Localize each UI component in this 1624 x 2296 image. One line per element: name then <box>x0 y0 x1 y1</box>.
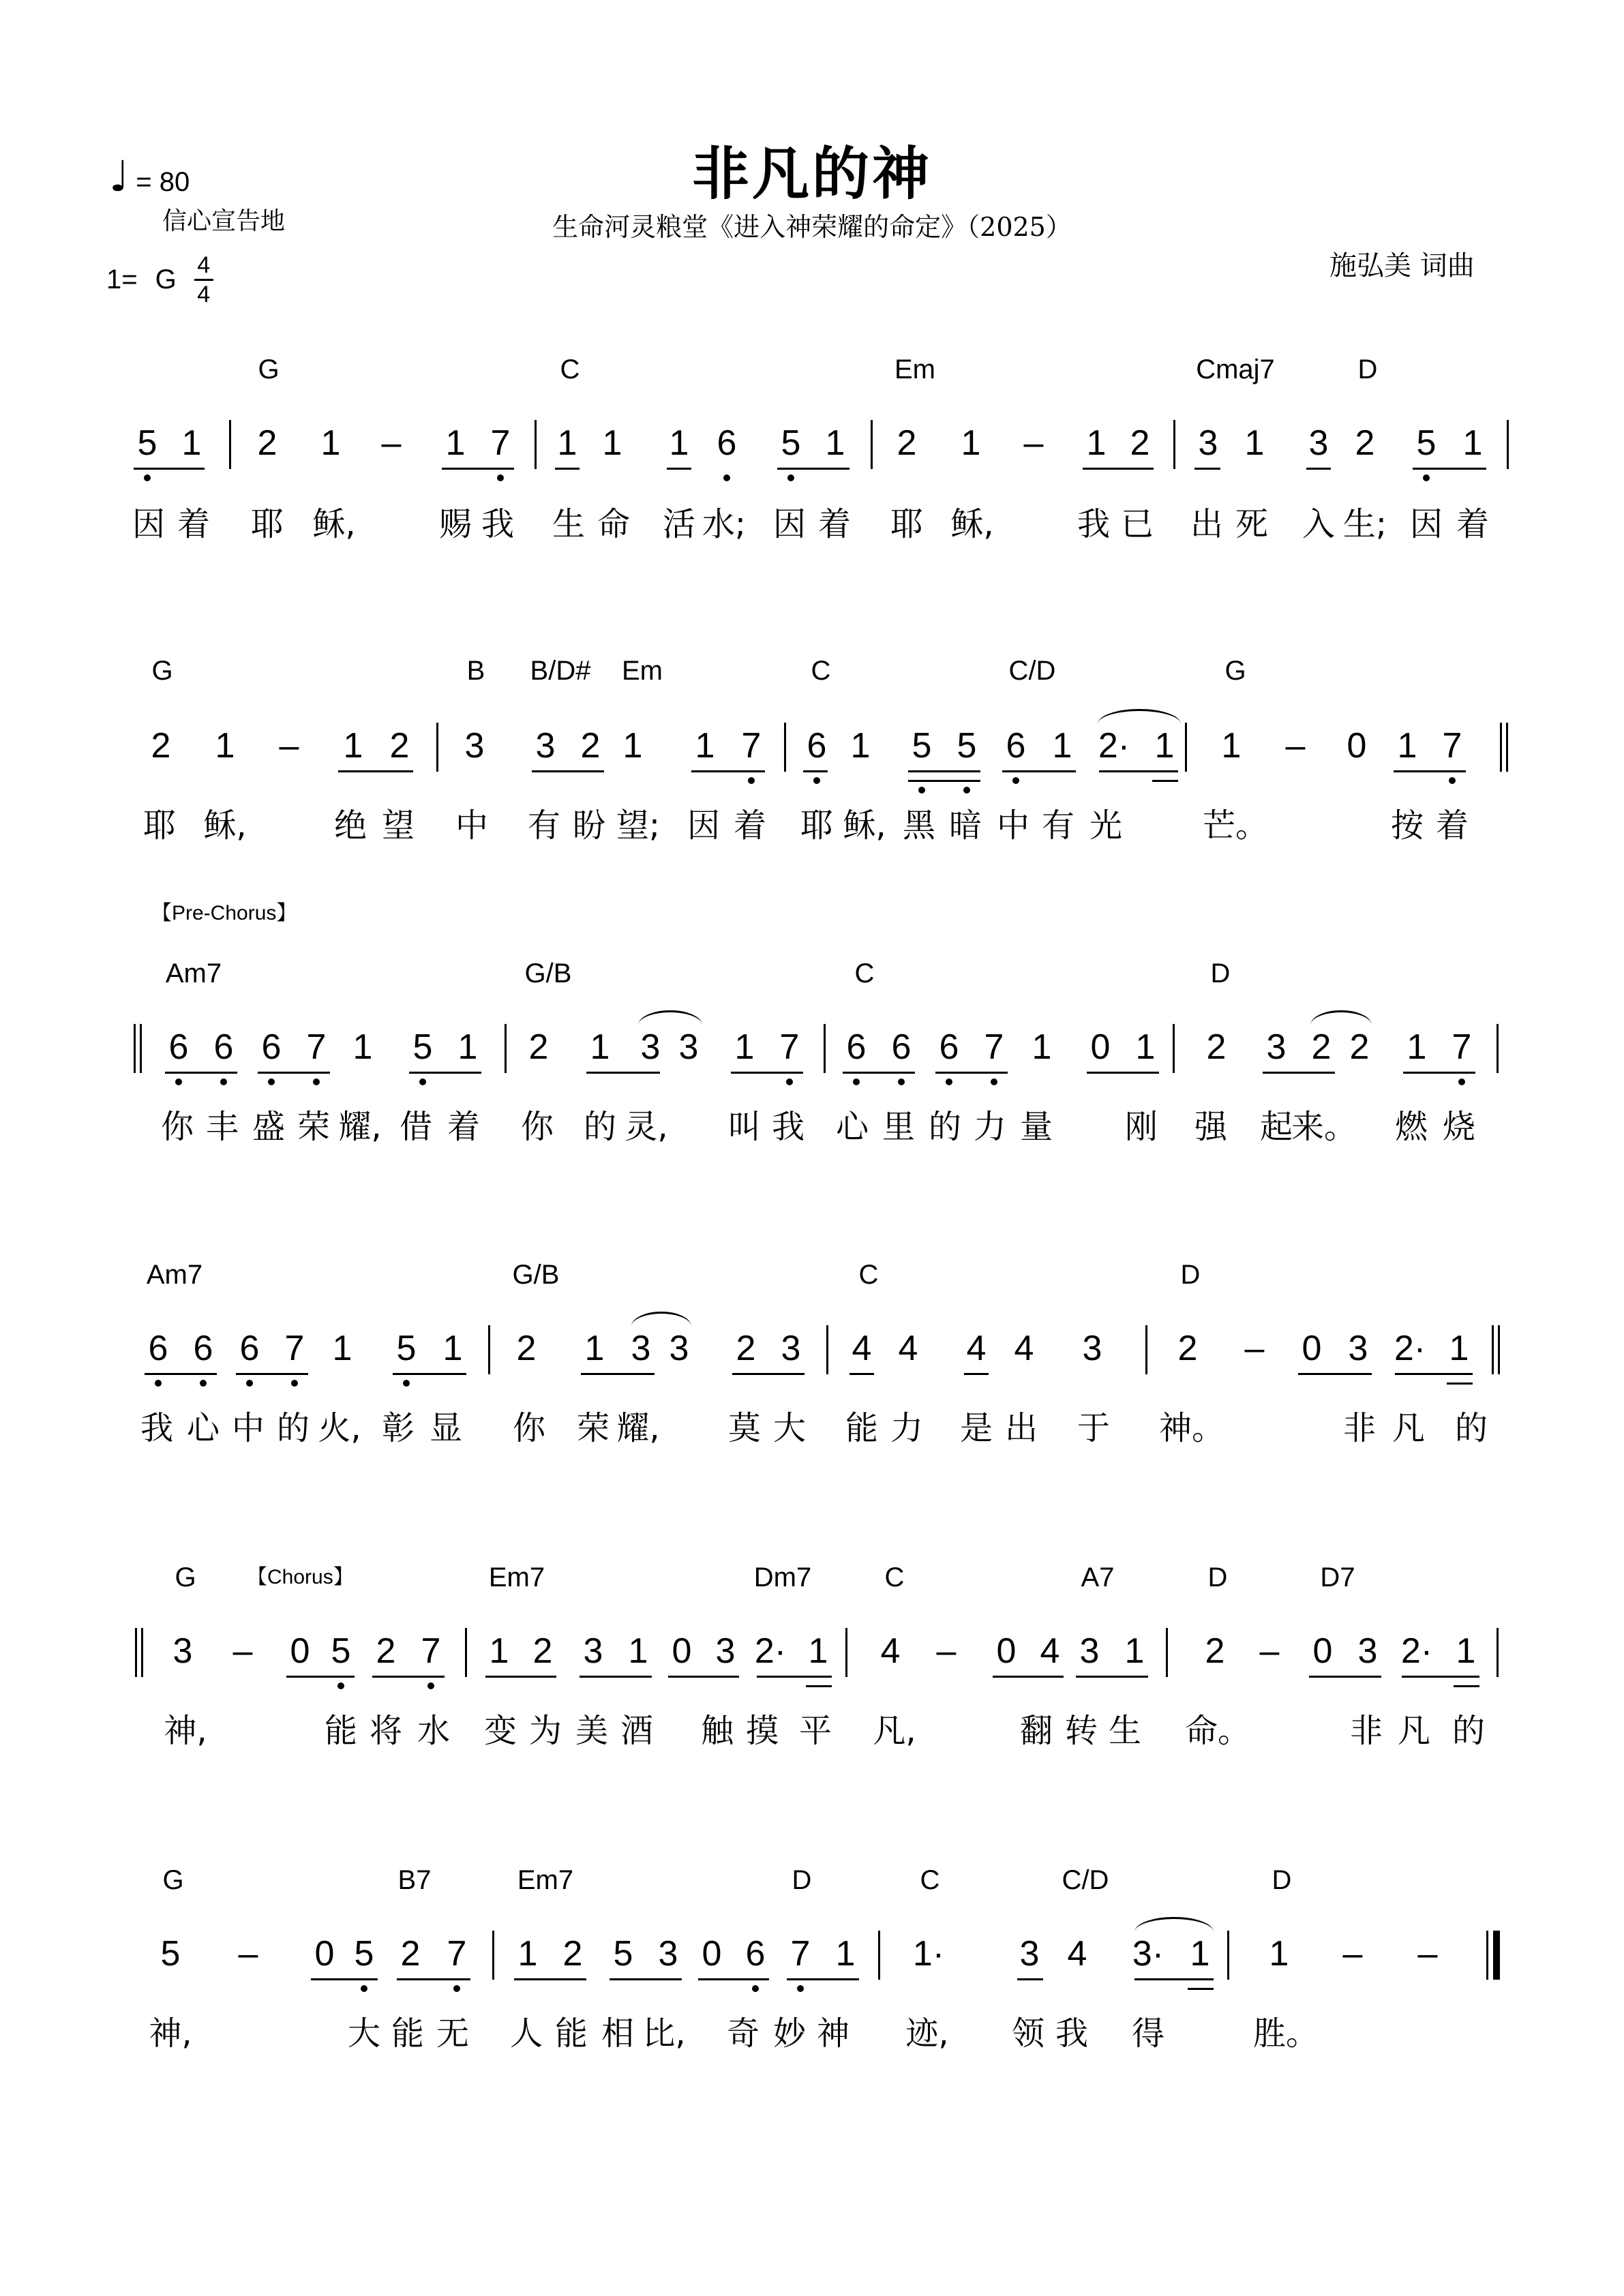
lyric-syllable: 烧 <box>1443 1100 1475 1147</box>
beam-underline <box>610 1978 682 1980</box>
beam-underline <box>1309 1676 1381 1678</box>
lyric-syllable: 神, <box>164 1704 207 1751</box>
octave-dot <box>918 787 925 794</box>
beam-underline <box>732 1373 805 1375</box>
jianpu-note: 1 <box>1087 423 1107 464</box>
tie-arc <box>1098 709 1181 724</box>
jianpu-note: 7 <box>1452 1027 1472 1068</box>
barline <box>436 723 438 772</box>
beam-underline <box>806 1685 832 1687</box>
jianpu-note: 6 <box>717 423 737 464</box>
jianpu-note: 5 <box>912 725 932 766</box>
beam-underline <box>698 1978 769 1980</box>
jianpu-note: 1 <box>1463 423 1483 464</box>
beam-underline <box>993 1676 1064 1678</box>
jianpu-note: 2 <box>1130 423 1150 464</box>
lyric-syllable: 赐 <box>439 498 472 545</box>
lyric-syllable: 水 <box>417 1704 450 1751</box>
beam-underline <box>691 770 765 772</box>
lyric-syllable: 按 <box>1391 799 1424 846</box>
sustain-dash: – <box>1024 423 1044 464</box>
chord-symbol: A7 <box>1081 1562 1115 1593</box>
jianpu-note: 1 <box>1125 1631 1145 1672</box>
lyric-syllable: 中 <box>997 799 1029 846</box>
barline <box>535 420 537 469</box>
lyric-syllable: 叫 <box>728 1100 761 1147</box>
time-sig-bottom: 4 <box>197 283 210 306</box>
lyric-syllable: 凡, <box>873 1704 916 1751</box>
lyric-syllable: 荣 <box>577 1402 610 1449</box>
lyric-syllable: 芒。 <box>1203 799 1268 846</box>
sustain-dash: – <box>1245 1328 1265 1369</box>
jianpu-note: 7 <box>285 1328 305 1369</box>
sustain-dash: – <box>382 423 402 464</box>
beam-underline <box>777 468 849 470</box>
jianpu-note: 1 <box>1032 1027 1052 1068</box>
beam-underline <box>1002 770 1076 772</box>
beam-underline <box>908 770 980 772</box>
jianpu-note: 5 <box>781 423 801 464</box>
chord-symbol: G <box>258 354 279 385</box>
tie-arc <box>1310 1010 1372 1025</box>
jianpu-note: 0 <box>1347 725 1367 766</box>
jianpu-note: 1 <box>961 423 981 464</box>
jianpu-note: 4 <box>899 1328 918 1369</box>
jianpu-note: 3 <box>1309 423 1329 464</box>
jianpu-note: 3 <box>716 1631 736 1672</box>
octave-dot <box>403 1380 410 1387</box>
octave-dot <box>453 1985 460 1992</box>
lyric-syllable: 大 <box>348 2007 380 2054</box>
lyric-syllable: 里 <box>882 1100 915 1147</box>
key-value: G <box>155 265 177 295</box>
lyric-syllable: 人 <box>510 2007 543 2054</box>
jianpu-note: 1 <box>826 423 845 464</box>
key-signature: 1= G 4 4 <box>106 254 213 306</box>
lyric-syllable: 耀, <box>338 1100 381 1147</box>
barline <box>1507 420 1509 469</box>
lyric-syllable: 火, <box>318 1402 361 1449</box>
lyric-syllable: 得 <box>1132 2007 1164 2054</box>
jianpu-note: 3 <box>1349 1328 1368 1369</box>
lyric-syllable: 的 <box>584 1100 616 1147</box>
beam-underline <box>165 1072 237 1074</box>
key-label: 1= <box>106 265 138 295</box>
lyric-syllable: 非 <box>1350 1704 1383 1751</box>
lyric-syllable: 已 <box>1121 498 1154 545</box>
lyric-syllable: 起 <box>1260 1100 1293 1147</box>
octave-dot <box>175 1078 182 1085</box>
octave-dot <box>1012 777 1019 784</box>
jianpu-note: 3 <box>1080 1631 1100 1672</box>
lyric-syllable: 奇 <box>727 2007 760 2054</box>
beam-underline <box>1087 1072 1159 1074</box>
lyric-syllable: 稣, <box>843 799 886 846</box>
jianpu-note: 3 <box>1083 1328 1102 1369</box>
lyric-syllable: 领 <box>1012 2007 1044 2054</box>
beam-underline <box>757 1676 832 1678</box>
jianpu-note: 1 <box>623 725 643 766</box>
barline <box>1227 1931 1229 1980</box>
octave-dot <box>220 1078 227 1085</box>
jianpu-note: 1 <box>182 423 202 464</box>
jianpu-note: 5 <box>355 1933 374 1974</box>
lyric-syllable: 水; <box>702 498 746 545</box>
jianpu-note: 1 <box>590 1027 610 1068</box>
lyric-syllable: 中 <box>232 1402 265 1449</box>
octave-dot <box>1449 777 1456 784</box>
beam-underline <box>1403 1072 1475 1074</box>
chord-symbol: G/B <box>513 1260 560 1290</box>
jianpu-note: 2 <box>517 1328 537 1369</box>
jianpu-note: 1 <box>333 1328 352 1369</box>
jianpu-note: 1 <box>1155 725 1175 766</box>
sustain-dash: – <box>233 1631 253 1672</box>
beam-underline <box>787 1978 859 1980</box>
chord-symbol: G <box>1224 656 1246 686</box>
final-barline <box>1486 1931 1500 1980</box>
lyric-syllable: 相 <box>601 2007 634 2054</box>
lyric-syllable: 是 <box>960 1402 993 1449</box>
lyric-syllable: 望; <box>616 799 660 846</box>
beam-underline <box>236 1373 308 1375</box>
jianpu-note: 5 <box>331 1631 351 1672</box>
lyric-syllable: 耶 <box>251 498 284 545</box>
beam-underline <box>1298 1373 1372 1375</box>
beam-underline <box>145 1373 217 1375</box>
jianpu-note: 7 <box>1443 725 1462 766</box>
barline <box>878 1931 880 1980</box>
lyric-syllable: 生 <box>1109 1704 1141 1751</box>
lyric-syllable: 着 <box>177 498 210 545</box>
double-barline <box>1500 723 1508 772</box>
jianpu-note: 1 <box>809 1631 828 1672</box>
barline <box>1166 1628 1168 1677</box>
lyric-syllable: 将 <box>370 1704 402 1751</box>
jianpu-note: 4 <box>1068 1933 1087 1974</box>
beam-underline <box>1413 468 1486 470</box>
lyric-syllable: 能 <box>555 2007 588 2054</box>
chord-symbol: D <box>1181 1260 1201 1290</box>
octave-dot <box>752 1985 759 1992</box>
lyric-syllable: 稣, <box>950 498 993 545</box>
chord-symbol: C <box>859 1260 879 1290</box>
jianpu-note: 4 <box>1040 1631 1060 1672</box>
jianpu-note: 4 <box>852 1328 872 1369</box>
octave-dot <box>723 474 730 481</box>
barline <box>784 723 786 772</box>
beam-underline <box>1083 468 1154 470</box>
jianpu-note: 1 <box>215 725 235 766</box>
octave-dot <box>991 1078 997 1085</box>
jianpu-note: 1 <box>446 423 466 464</box>
jianpu-note: 2· <box>1098 725 1130 766</box>
beam-underline <box>731 1072 803 1074</box>
lyric-syllable: 死 <box>1235 498 1268 545</box>
chord-symbol: C <box>811 656 831 686</box>
lyric-syllable: 出 <box>1005 1402 1038 1449</box>
lyric-syllable: 生 <box>552 498 585 545</box>
lyric-syllable: 生; <box>1343 498 1387 545</box>
sustain-dash: – <box>280 725 299 766</box>
beam-underline <box>555 468 580 470</box>
chord-symbol: D <box>1358 354 1378 385</box>
jianpu-note: 1· <box>913 1933 944 1974</box>
lyric-syllable: 盛 <box>252 1100 285 1147</box>
lyric-syllable: 借 <box>400 1100 432 1147</box>
jianpu-note: 1 <box>443 1328 463 1369</box>
jianpu-note: 2 <box>1205 1631 1225 1672</box>
jianpu-note: 1 <box>353 1027 373 1068</box>
barline <box>871 420 873 469</box>
octave-dot <box>337 1682 344 1689</box>
jianpu-note: 3 <box>781 1328 801 1369</box>
octave-dot <box>786 1078 793 1085</box>
lyric-syllable: 我 <box>1077 498 1110 545</box>
jianpu-note: 0 <box>997 1631 1017 1672</box>
jianpu-note: 0 <box>672 1631 692 1672</box>
tie-arc <box>1134 1917 1214 1932</box>
jianpu-note: 6 <box>194 1328 213 1369</box>
jianpu-note: 2 <box>897 423 917 464</box>
jianpu-note: 6 <box>746 1933 766 1974</box>
beam-underline <box>311 1978 378 1980</box>
jianpu-note: 1 <box>1407 1027 1427 1068</box>
lyric-syllable: 心 <box>187 1402 220 1449</box>
chord-symbol: D7 <box>1320 1562 1355 1593</box>
lyric-syllable: 稣, <box>203 799 246 846</box>
jianpu-note: 5 <box>413 1027 433 1068</box>
jianpu-note: 2 <box>376 1631 396 1672</box>
octave-dot <box>427 1682 434 1689</box>
barline <box>1497 1628 1499 1677</box>
beam-underline <box>393 1373 466 1375</box>
lyric-syllable: 平 <box>799 1704 832 1751</box>
octave-dot <box>787 474 794 481</box>
sustain-dash: – <box>239 1933 258 1974</box>
double-barline <box>134 1024 142 1073</box>
beam-underline <box>1395 1373 1473 1375</box>
lyric-syllable: 着 <box>1436 799 1469 846</box>
jianpu-note: 7 <box>780 1027 800 1068</box>
chord-symbol: Em7 <box>517 1865 573 1896</box>
beam-underline <box>532 770 604 772</box>
lyric-syllable: 光 <box>1089 799 1122 846</box>
lyric-syllable: 我 <box>140 1402 173 1449</box>
beam-underline <box>1134 1978 1214 1980</box>
beam-underline <box>1402 1676 1479 1678</box>
jianpu-note: 3 <box>679 1027 699 1068</box>
beam-underline <box>1076 1676 1148 1678</box>
chord-symbol: G <box>162 1865 183 1896</box>
lyric-syllable: 灵, <box>625 1100 667 1147</box>
lyric-syllable: 酒 <box>620 1704 653 1751</box>
lyric-syllable: 为 <box>529 1704 562 1751</box>
lyric-syllable: 我 <box>772 1100 805 1147</box>
jianpu-note: 3 <box>1358 1631 1378 1672</box>
lyric-syllable: 胜。 <box>1253 2007 1319 2054</box>
octave-dot <box>797 1985 804 1992</box>
jianpu-note: 2 <box>151 725 171 766</box>
beam-underline <box>514 1978 586 1980</box>
chord-symbol: D <box>1272 1865 1292 1896</box>
chord-symbol: Dm7 <box>754 1562 811 1593</box>
jianpu-note: 1 <box>344 725 363 766</box>
lyric-syllable: 迹, <box>905 2007 948 2054</box>
octave-dot <box>419 1078 426 1085</box>
beam-underline <box>1394 770 1466 772</box>
octave-dot <box>155 1380 162 1387</box>
lyric-syllable: 着 <box>818 498 851 545</box>
lyric-syllable: 能 <box>391 2007 424 2054</box>
beam-underline <box>1152 780 1178 782</box>
section-label-pre-chorus: 【Pre-Chorus】 <box>151 896 297 926</box>
sustain-dash: – <box>1418 1933 1438 1974</box>
jianpu-note: 6 <box>1006 725 1026 766</box>
beam-underline <box>849 1373 874 1375</box>
lyric-syllable: 着 <box>1456 498 1489 545</box>
beam-underline <box>586 1072 660 1074</box>
lyric-syllable: 燃 <box>1395 1100 1428 1147</box>
chord-symbol: G <box>175 1562 196 1593</box>
jianpu-note: 6 <box>262 1027 282 1068</box>
lyric-syllable: 有 <box>528 799 560 846</box>
chord-symbol: D <box>1211 958 1231 989</box>
jianpu-note: 2· <box>1401 1631 1432 1672</box>
lyric-syllable: 命。 <box>1185 1704 1250 1751</box>
chord-symbol: B/D# <box>530 656 591 686</box>
jianpu-note: 3· <box>1132 1933 1164 1974</box>
beam-underline <box>485 1676 556 1678</box>
beam-underline <box>1099 770 1178 772</box>
jianpu-note: 1 <box>518 1933 538 1974</box>
jianpu-note: 4 <box>1014 1328 1034 1369</box>
time-sig-divider <box>194 279 213 281</box>
chord-symbol: G <box>151 656 172 686</box>
jianpu-note: 2 <box>1355 423 1375 464</box>
lyric-syllable: 丰 <box>206 1100 239 1147</box>
jianpu-note: 2 <box>1207 1027 1227 1068</box>
lyric-syllable: 力 <box>974 1100 1006 1147</box>
beam-underline <box>1263 1072 1335 1074</box>
lyric-syllable: 凡 <box>1392 1402 1425 1449</box>
lyric-syllable: 着 <box>447 1100 480 1147</box>
lyric-syllable: 我 <box>1055 2007 1088 2054</box>
barline <box>465 1628 467 1677</box>
jianpu-note: 3 <box>536 725 556 766</box>
jianpu-note: 5 <box>614 1933 633 1974</box>
octave-dot <box>200 1380 207 1387</box>
jianpu-note: 6 <box>149 1328 168 1369</box>
jianpu-note: 5 <box>957 725 977 766</box>
jianpu-note: 0 <box>315 1933 335 1974</box>
double-barline <box>135 1628 143 1677</box>
lyric-syllable: 耀, <box>616 1402 659 1449</box>
jianpu-note: 1 <box>321 423 341 464</box>
jianpu-note: 2· <box>755 1631 786 1672</box>
octave-dot <box>963 787 970 794</box>
chord-symbol: C <box>855 958 875 989</box>
jianpu-note: 7 <box>421 1631 441 1672</box>
author-credit: 施弘美 词曲 <box>1329 244 1475 283</box>
lyric-syllable: 能 <box>325 1704 357 1751</box>
octave-dot <box>268 1078 275 1085</box>
lyric-syllable: 你 <box>521 1100 554 1147</box>
jianpu-note: 2 <box>258 423 277 464</box>
jianpu-note: 6 <box>807 725 827 766</box>
lyric-syllable: 莫 <box>728 1402 761 1449</box>
beam-underline <box>397 1978 470 1980</box>
jianpu-note: 1 <box>1190 1933 1210 1974</box>
lyric-syllable: 变 <box>484 1704 517 1751</box>
beam-underline <box>372 1676 445 1678</box>
lyric-syllable: 我 <box>481 498 514 545</box>
beam-underline <box>338 770 413 772</box>
time-signature: 4 4 <box>194 254 213 306</box>
jianpu-note: 1 <box>1449 1328 1469 1369</box>
lyric-syllable: 命 <box>597 498 630 545</box>
chord-symbol: B <box>467 656 485 686</box>
octave-dot <box>898 1078 905 1085</box>
jianpu-note: 1 <box>1222 725 1242 766</box>
jianpu-note: 2· <box>1394 1328 1426 1369</box>
chord-symbol: C <box>560 354 580 385</box>
octave-dot <box>813 777 820 784</box>
lyric-syllable: 显 <box>430 1402 462 1449</box>
jianpu-note: 2 <box>581 725 601 766</box>
jianpu-note: 1 <box>1245 423 1265 464</box>
jianpu-note: 1 <box>629 1631 648 1672</box>
lyric-syllable: 转 <box>1065 1704 1098 1751</box>
barline <box>1173 420 1175 469</box>
lyric-syllable: 力 <box>890 1402 923 1449</box>
jianpu-note: 0 <box>1302 1328 1322 1369</box>
octave-dot <box>361 1985 367 1992</box>
lyric-syllable: 望 <box>382 799 415 846</box>
lyric-syllable: 绝 <box>334 799 367 846</box>
octave-dot <box>853 1078 860 1085</box>
chord-symbol: G/B <box>525 958 572 989</box>
beam-underline <box>409 1072 481 1074</box>
lyric-syllable: 稣, <box>312 498 355 545</box>
jianpu-note: 1 <box>695 725 715 766</box>
jianpu-note: 1 <box>735 1027 755 1068</box>
lyric-syllable: 有 <box>1042 799 1074 846</box>
beam-underline <box>442 468 514 470</box>
lyric-syllable: 暗 <box>949 799 982 846</box>
beam-underline <box>134 468 205 470</box>
octave-dot <box>1458 1078 1465 1085</box>
jianpu-note: 3 <box>631 1328 651 1369</box>
sustain-dash: – <box>937 1631 957 1672</box>
lyric-syllable: 强 <box>1194 1100 1227 1147</box>
jianpu-note: 4 <box>967 1328 987 1369</box>
lyric-syllable: 耶 <box>890 498 923 545</box>
jianpu-note: 7 <box>307 1027 327 1068</box>
jianpu-note: 3 <box>670 1328 689 1369</box>
lyric-syllable: 妙 <box>773 2007 806 2054</box>
octave-dot <box>291 1380 298 1387</box>
tie-arc <box>631 1312 691 1327</box>
chord-symbol: D <box>792 1865 812 1896</box>
lyric-syllable: 出 <box>1190 498 1223 545</box>
jianpu-note: 7 <box>491 423 511 464</box>
octave-dot <box>246 1380 253 1387</box>
lyric-syllable: 的 <box>929 1100 961 1147</box>
jianpu-note: 0 <box>702 1933 722 1974</box>
jianpu-note: 5 <box>397 1328 417 1369</box>
octave-dot <box>1423 474 1430 481</box>
